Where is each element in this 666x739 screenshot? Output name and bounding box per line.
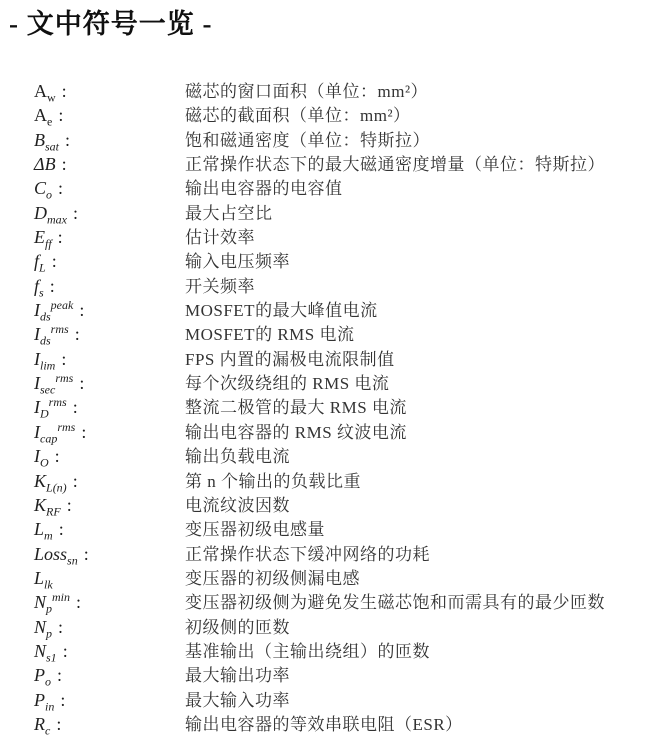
symbol-subscript: cap <box>40 431 57 445</box>
symbol-row: KRF: 电流纹波因数 <box>9 491 666 515</box>
symbol-name: Aw: <box>9 81 185 102</box>
symbol-definition: 输出电容器的 RMS 纹波电流 <box>185 418 666 443</box>
symbol-name: Rc: <box>9 714 185 735</box>
symbol-definition: 输入电压频率 <box>185 247 666 272</box>
symbol-name: Idspeak: <box>9 300 185 321</box>
symbol-subscript: o <box>45 675 51 689</box>
symbol-subscript: m <box>44 529 53 543</box>
symbol-name: Dmax: <box>9 203 185 224</box>
symbol-base: E <box>34 227 45 247</box>
symbol-colon: : <box>58 178 63 198</box>
symbol-name: Isecrms: <box>9 373 185 394</box>
symbol-subscript: O <box>40 456 49 470</box>
symbol-row: Idsrms: MOSFET的 RMS 电流 <box>9 320 666 344</box>
symbol-subscript: w <box>47 91 56 105</box>
symbol-name: Pin: <box>9 690 185 711</box>
symbol-definition: MOSFET的最大峰值电流 <box>185 296 666 321</box>
symbol-subscript: e <box>47 115 52 129</box>
symbol-list: Aw: 磁芯的窗口面积（单位：mm²） Ae: 磁芯的截面积（单位：mm²） B… <box>9 77 666 734</box>
symbol-row: Losssn: 正常操作状态下缓冲网络的功耗 <box>9 540 666 564</box>
symbol-definition: 变压器初级电感量 <box>185 515 666 540</box>
symbol-base: Loss <box>34 544 67 564</box>
symbol-definition: 磁芯的截面积（单位：mm²） <box>185 101 666 126</box>
symbol-superscript: rms <box>51 322 69 336</box>
symbol-row: IO: 输出负载电流 <box>9 442 666 466</box>
symbol-name: Po: <box>9 665 185 686</box>
symbol-colon: : <box>57 665 62 685</box>
symbol-base: D <box>34 203 47 223</box>
symbol-subscript: D <box>40 407 49 421</box>
symbol-definition: MOSFET的 RMS 电流 <box>185 320 666 345</box>
symbol-base: P <box>34 690 45 710</box>
symbol-definition: 电流纹波因数 <box>185 491 666 516</box>
symbol-colon: : <box>84 544 89 564</box>
symbol-name: Ns1: <box>9 641 185 662</box>
symbol-name: Idsrms: <box>9 324 185 345</box>
symbol-name: Co: <box>9 178 185 199</box>
symbol-subscript: in <box>45 699 54 713</box>
symbol-name: Eff: <box>9 227 185 248</box>
symbol-name: KRF: <box>9 495 185 516</box>
symbol-definition: 最大输入功率 <box>185 686 666 711</box>
symbol-subscript: L(n) <box>46 480 67 494</box>
symbol-row: Icaprms: 输出电容器的 RMS 纹波电流 <box>9 418 666 442</box>
symbol-colon: : <box>79 373 84 393</box>
symbol-colon: : <box>61 349 66 369</box>
symbol-base: N <box>34 617 46 637</box>
symbol-name: Npmin: <box>9 592 185 613</box>
symbol-superscript: peak <box>51 298 74 312</box>
symbol-name: Llk <box>9 568 185 589</box>
symbol-name: Losssn: <box>9 544 185 565</box>
symbol-name: IO: <box>9 446 185 467</box>
symbol-colon: : <box>62 154 67 174</box>
symbol-colon: : <box>56 714 61 734</box>
symbol-colon: : <box>62 81 67 101</box>
symbol-colon: : <box>63 641 68 661</box>
symbol-name: IDrms: <box>9 397 185 418</box>
symbol-subscript: lim <box>40 358 55 372</box>
symbol-definition: 输出电容器的电容值 <box>185 174 666 199</box>
symbol-subscript: c <box>45 724 50 738</box>
symbol-definition: 最大输出功率 <box>185 661 666 686</box>
symbol-row: Bsat: 饱和磁通密度（单位：特斯拉） <box>9 126 666 150</box>
symbol-row: Eff: 估计效率 <box>9 223 666 247</box>
symbol-subscript: RF <box>46 504 61 518</box>
symbol-subscript: max <box>47 212 67 226</box>
symbol-colon: : <box>75 324 80 344</box>
symbol-colon: : <box>52 251 57 271</box>
symbol-definition: 饱和磁通密度（单位：特斯拉） <box>185 126 666 151</box>
symbol-row: Rc: 输出电容器的等效串联电阻（ESR） <box>9 710 666 734</box>
symbol-definition: 正常操作状态下的最大磁通密度增量（单位：特斯拉） <box>185 150 666 175</box>
symbol-row: Idspeak: MOSFET的最大峰值电流 <box>9 296 666 320</box>
symbol-definition: 变压器初级侧为避免发生磁芯饱和而需具有的最少匝数 <box>185 588 666 613</box>
symbol-row: KL(n): 第 n 个输出的负载比重 <box>9 467 666 491</box>
symbol-colon: : <box>50 276 55 296</box>
symbol-row: Lm: 变压器初级电感量 <box>9 515 666 539</box>
symbol-name: ΔB: <box>9 154 185 175</box>
symbol-glossary-page: - 文中符号一览 - Aw: 磁芯的窗口面积（单位：mm²） Ae: 磁芯的截面… <box>0 0 666 739</box>
symbol-superscript: min <box>52 590 70 604</box>
symbol-base: P <box>34 665 45 685</box>
symbol-row: Npmin: 变压器初级侧为避免发生磁芯饱和而需具有的最少匝数 <box>9 588 666 612</box>
symbol-base: N <box>34 641 46 661</box>
symbol-base: A <box>34 105 47 125</box>
symbol-name: Np: <box>9 617 185 638</box>
symbol-colon: : <box>60 690 65 710</box>
symbol-base: C <box>34 178 46 198</box>
symbol-subscript: ff <box>45 237 52 251</box>
symbol-row: Co: 输出电容器的电容值 <box>9 174 666 198</box>
symbol-name: fs: <box>9 276 185 297</box>
symbol-row: Pin: 最大输入功率 <box>9 686 666 710</box>
symbol-definition: 磁芯的窗口面积（单位：mm²） <box>185 77 666 102</box>
symbol-row: Aw: 磁芯的窗口面积（单位：mm²） <box>9 77 666 101</box>
symbol-definition: 最大占空比 <box>185 199 666 224</box>
symbol-subscript: ds <box>40 334 51 348</box>
symbol-row: ΔB: 正常操作状态下的最大磁通密度增量（单位：特斯拉） <box>9 150 666 174</box>
symbol-row: fL: 输入电压频率 <box>9 247 666 271</box>
symbol-definition: 初级侧的匝数 <box>185 613 666 638</box>
symbol-row: Ilim: FPS 内置的漏极电流限制值 <box>9 345 666 369</box>
symbol-colon: : <box>59 519 64 539</box>
symbol-row: Ae: 磁芯的截面积（单位：mm²） <box>9 101 666 125</box>
symbol-row: Isecrms: 每个次级绕组的 RMS 电流 <box>9 369 666 393</box>
symbol-name: Lm: <box>9 519 185 540</box>
symbol-row: Po: 最大输出功率 <box>9 661 666 685</box>
symbol-definition: 每个次级绕组的 RMS 电流 <box>185 369 666 394</box>
symbol-definition: 输出负载电流 <box>185 442 666 467</box>
symbol-definition: 正常操作状态下缓冲网络的功耗 <box>185 540 666 565</box>
symbol-base: K <box>34 471 46 491</box>
page-title: - 文中符号一览 - <box>9 8 666 40</box>
symbol-definition: FPS 内置的漏极电流限制值 <box>185 345 666 370</box>
symbol-name: fL: <box>9 251 185 272</box>
symbol-superscript: rms <box>55 371 73 385</box>
symbol-definition: 第 n 个输出的负载比重 <box>185 467 666 492</box>
symbol-base: ΔB <box>34 154 56 174</box>
symbol-colon: : <box>73 203 78 223</box>
symbol-definition: 开关频率 <box>185 272 666 297</box>
symbol-superscript: rms <box>49 395 67 409</box>
symbol-name: KL(n): <box>9 471 185 492</box>
symbol-colon: : <box>76 592 81 612</box>
symbol-base: B <box>34 130 45 150</box>
symbol-definition: 估计效率 <box>185 223 666 248</box>
symbol-name: Icaprms: <box>9 422 185 443</box>
symbol-subscript: ds <box>40 310 51 324</box>
symbol-definition: 基准输出（主输出绕组）的匝数 <box>185 637 666 662</box>
symbol-colon: : <box>81 422 86 442</box>
symbol-row: IDrms: 整流二极管的最大 RMS 电流 <box>9 393 666 417</box>
symbol-name: Ilim: <box>9 349 185 370</box>
symbol-colon: : <box>58 617 63 637</box>
symbol-subscript: L <box>39 261 46 275</box>
symbol-name: Bsat: <box>9 130 185 151</box>
symbol-colon: : <box>79 300 84 320</box>
symbol-superscript: rms <box>57 420 75 434</box>
symbol-definition: 变压器的初级侧漏电感 <box>185 564 666 589</box>
symbol-colon: : <box>73 397 78 417</box>
symbol-base: K <box>34 495 46 515</box>
symbol-row: Ns1: 基准输出（主输出绕组）的匝数 <box>9 637 666 661</box>
symbol-definition: 输出电容器的等效串联电阻（ESR） <box>185 710 666 735</box>
symbol-colon: : <box>67 495 72 515</box>
symbol-base: A <box>34 81 47 101</box>
symbol-colon: : <box>58 227 63 247</box>
symbol-colon: : <box>55 446 60 466</box>
symbol-subscript: sat <box>45 139 59 153</box>
symbol-colon: : <box>65 130 70 150</box>
symbol-base: L <box>34 519 44 539</box>
symbol-definition: 整流二极管的最大 RMS 电流 <box>185 393 666 418</box>
symbol-base: L <box>34 568 44 588</box>
symbol-subscript: p <box>46 626 52 640</box>
symbol-row: fs: 开关频率 <box>9 272 666 296</box>
symbol-row: Llk 变压器的初级侧漏电感 <box>9 564 666 588</box>
symbol-subscript: s <box>39 285 44 299</box>
symbol-base: R <box>34 714 45 734</box>
symbol-row: Dmax: 最大占空比 <box>9 199 666 223</box>
symbol-row: Np: 初级侧的匝数 <box>9 613 666 637</box>
symbol-colon: : <box>73 471 78 491</box>
symbol-subscript: sn <box>67 553 78 567</box>
symbol-colon: : <box>58 105 63 125</box>
symbol-base: N <box>34 592 46 612</box>
symbol-name: Ae: <box>9 105 185 126</box>
symbol-subscript: o <box>46 188 52 202</box>
symbol-subscript: s1 <box>46 651 57 665</box>
